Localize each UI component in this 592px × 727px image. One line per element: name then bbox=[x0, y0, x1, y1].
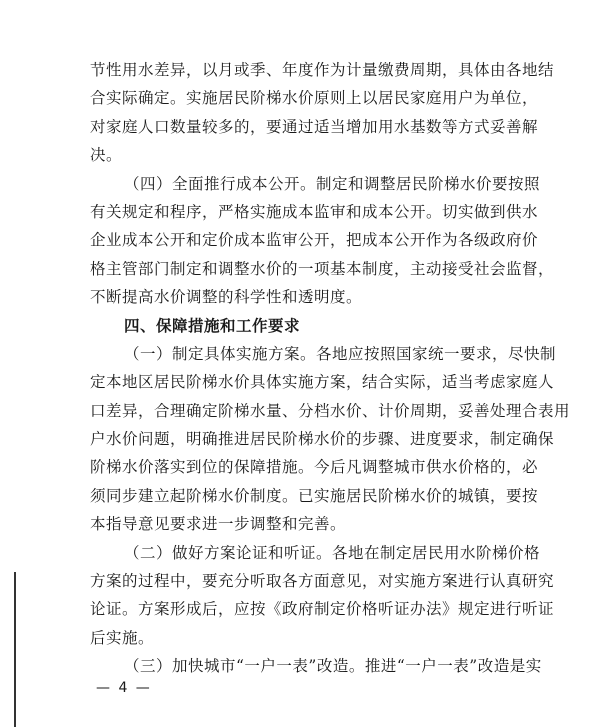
text-line: 口差异，合理确定阶梯水量、分档水价、计价周期，妥善处理合表用 bbox=[90, 397, 512, 425]
text-line: 节性用水差异，以月或季、年度作为计量缴费周期，具体由各地结 bbox=[90, 56, 512, 84]
subsection-line: （二）做好方案论证和听证。各地在制定居民用水阶梯价格 bbox=[90, 539, 512, 567]
text-line: 本指导意见要求进一步调整和完善。 bbox=[90, 510, 512, 538]
document-page: 节性用水差异，以月或季、年度作为计量缴费周期，具体由各地结 合实际确定。实施居民… bbox=[0, 0, 592, 727]
binding-margin-line bbox=[14, 572, 16, 727]
document-body: 节性用水差异，以月或季、年度作为计量缴费周期，具体由各地结 合实际确定。实施居民… bbox=[90, 56, 512, 681]
text-line: 有关规定和程序，严格实施成本监审和成本公开。切实做到供水 bbox=[90, 198, 512, 226]
text-line: 户水价问题，明确推进居民阶梯水价的步骤、进度要求，制定确保 bbox=[90, 425, 512, 453]
subsection-line: （三）加快城市“一户一表”改造。推进“一户一表”改造是实 bbox=[90, 652, 512, 680]
text-line: 合实际确定。实施居民阶梯水价原则上以居民家庭用户为单位， bbox=[90, 84, 512, 112]
text-line: 须同步建立起阶梯水价制度。已实施居民阶梯水价的城镇，要按 bbox=[90, 482, 512, 510]
section-heading: 四、保障措施和工作要求 bbox=[90, 312, 512, 340]
text-line: 企业成本公开和定价成本监审公开，把成本公开作为各级政府价 bbox=[90, 226, 512, 254]
text-line: 定本地区居民阶梯水价具体实施方案，结合实际，适当考虑家庭人 bbox=[90, 368, 512, 396]
text-line: 不断提高水价调整的科学性和透明度。 bbox=[90, 283, 512, 311]
text-line: 格主管部门制定和调整水价的一项基本制度，主动接受社会监督， bbox=[90, 255, 512, 283]
subsection-line: （四）全面推行成本公开。制定和调整居民阶梯水价要按照 bbox=[90, 170, 512, 198]
subsection-line: （一）制定具体实施方案。各地应按照国家统一要求，尽快制 bbox=[90, 340, 512, 368]
text-line: 方案的过程中，要充分听取各方面意见，对实施方案进行认真研究 bbox=[90, 567, 512, 595]
text-line: 对家庭人口数量较多的，要通过适当增加用水基数等方式妥善解 bbox=[90, 113, 512, 141]
text-line: 阶梯水价落实到位的保障措施。今后凡调整城市供水价格的，必 bbox=[90, 453, 512, 481]
text-line: 论证。方案形成后，应按《政府制定价格听证办法》规定进行听证 bbox=[90, 595, 512, 623]
page-number: — 4 — bbox=[96, 680, 152, 696]
text-line: 决。 bbox=[90, 141, 512, 169]
text-line: 后实施。 bbox=[90, 624, 512, 652]
